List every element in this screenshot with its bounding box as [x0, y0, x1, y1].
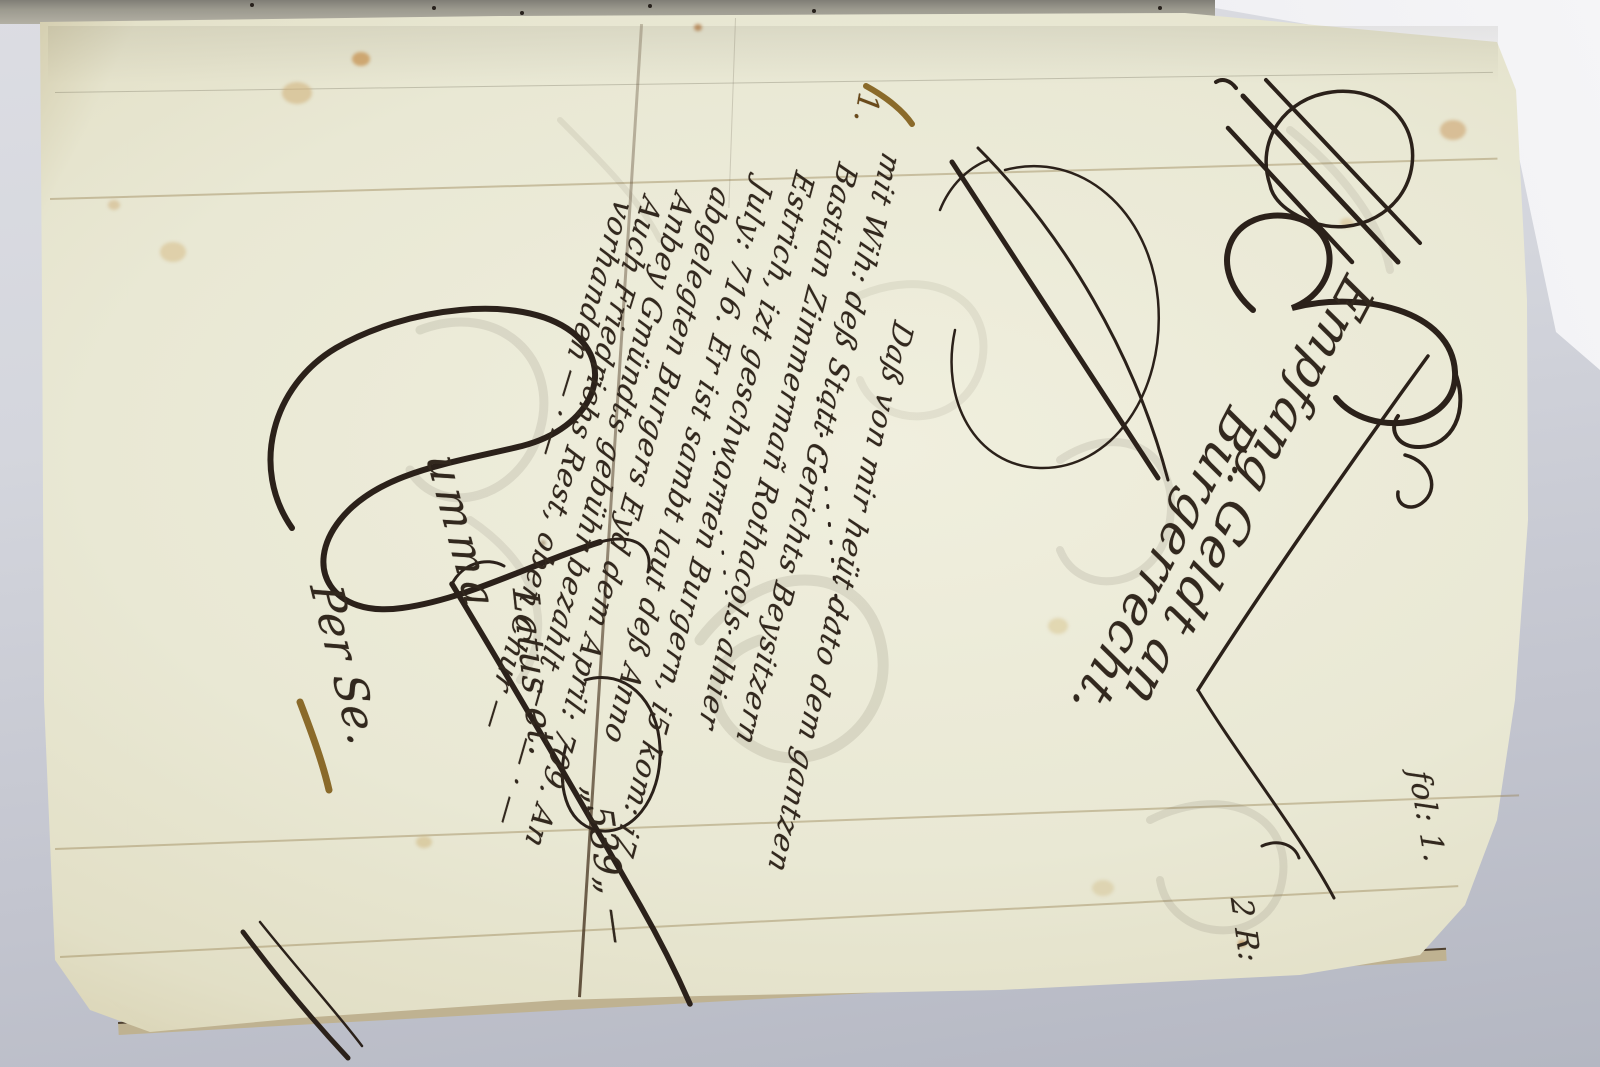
ink-speck	[648, 4, 652, 8]
ink-speck	[812, 9, 816, 13]
stain	[1340, 218, 1354, 228]
stain	[108, 200, 120, 210]
stain	[160, 242, 186, 262]
ink-speck	[250, 3, 254, 7]
stain	[694, 24, 702, 31]
ink-speck	[432, 6, 436, 10]
ink-speck	[520, 11, 524, 15]
stain	[352, 52, 370, 66]
stain	[416, 836, 432, 848]
ink-speck	[1158, 6, 1162, 10]
stain	[1440, 120, 1466, 140]
stain	[1092, 880, 1114, 896]
stain	[1048, 618, 1068, 634]
manuscript-photo: fol: 1. Empfang Geldt an Bürgerrecht. 2 …	[0, 0, 1600, 1067]
entry-number: 1.	[846, 90, 886, 126]
stain	[282, 82, 312, 104]
